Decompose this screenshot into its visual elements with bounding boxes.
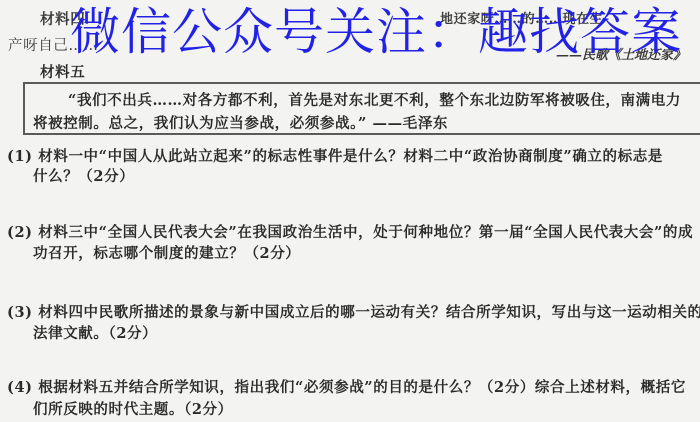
question-2-line1: (2) 材料三中“全国人民代表大会”在我国政治生活中，处于何种地位？第一届“全国… <box>7 221 693 242</box>
question-4-line2: 们所反映的时代主题。（2分） <box>33 398 233 419</box>
exam-page: 材料四 地还家呀……的……现在生 产呀自己…… ——民歌《土地还家》 材料五 “… <box>0 0 700 422</box>
question-3-line1: (3) 材料四中民歌所描述的景象与新中国成立后的哪一运动有关？结合所学知识，写出… <box>7 301 700 322</box>
material5-quote-line1: “我们不出兵……对各方都不利，首先是对东北更不利，整个东北边防军将被吸住，南满电… <box>68 89 681 110</box>
question-4-line1: (4) 根据材料五并结合所学知识，指出我们“必须参战”的目的是什么？（2分）综合… <box>7 376 686 397</box>
watermark-overlay: 微信公众号关注：趣找答案 <box>70 2 682 62</box>
material5-title: 材料五 <box>40 61 85 82</box>
question-3-line2: 法律文献。（2分） <box>33 322 157 343</box>
question-1-line2: 什么？（2分） <box>33 165 134 186</box>
question-2-line2: 功召开，标志哪个制度的建立？（2分） <box>33 242 300 263</box>
question-1-line1: (1) 材料一中“中国人从此站立起来”的标志性事件是什么？材料二中“政治协商制度… <box>7 145 663 166</box>
material5-quote-line2: 将被控制。总之，我们认为应当参战，必须参战。” ——毛泽东 <box>33 112 448 133</box>
